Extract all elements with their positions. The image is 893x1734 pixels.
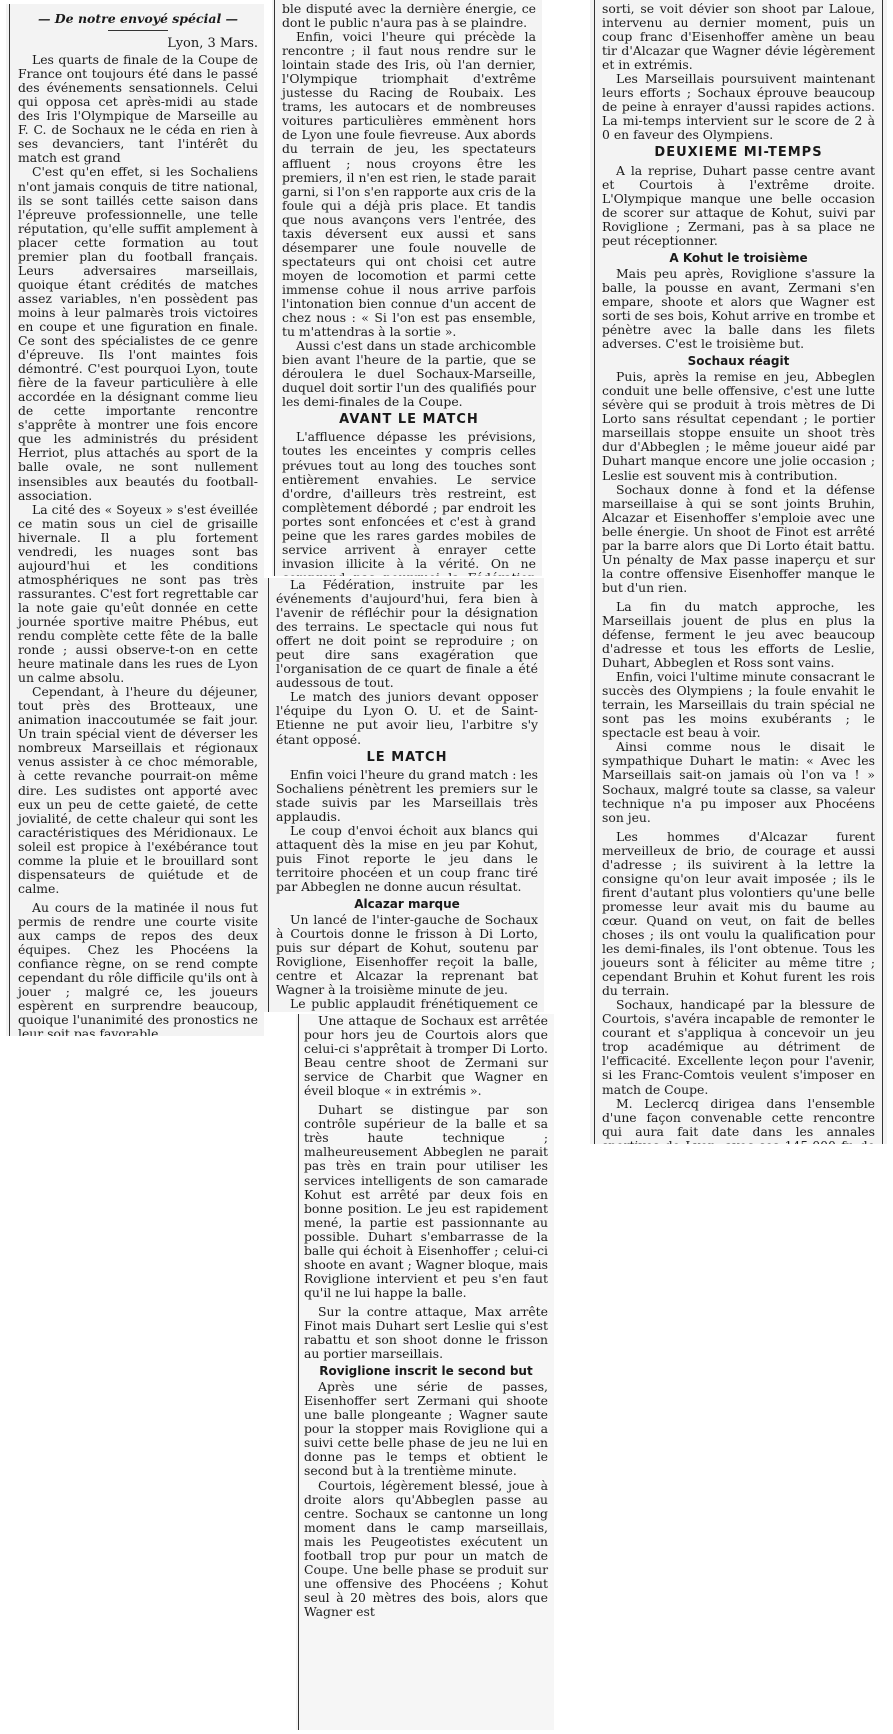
paragraph: Ainsi comme nous le disait le sympathiqu…: [602, 740, 875, 824]
paragraph: La Fédération, instruite par les événeme…: [276, 578, 538, 690]
paragraph: sorti, se voit dévier son shoot par Lalo…: [602, 2, 875, 72]
paragraph: Sur la contre attaque, Max arrête Finot …: [304, 1305, 548, 1361]
paragraph: L'affluence dépasse les prévisions, tout…: [282, 430, 536, 576]
paragraph: Enfin voici l'heure du grand match : les…: [276, 768, 538, 824]
paragraph: Enfin, voici l'ultime minute consacrant …: [602, 670, 875, 740]
byline-header: — De notre envoyé spécial —: [18, 12, 258, 26]
column-rule: [298, 1014, 299, 1730]
section-heading-deuxieme-mi-temps: DEUXIEME MI-TEMPS: [602, 146, 875, 160]
column-rule: [882, 0, 883, 1144]
paragraph: Duhart se distingue par son contrôle sup…: [304, 1103, 548, 1300]
paragraph: Les hommes d'Alcazar furent merveilleux …: [602, 830, 875, 999]
paragraph: La cité des « Soyeux » s'est éveillée ce…: [18, 503, 258, 686]
paragraph: Le match des juniors devant opposer l'éq…: [276, 690, 538, 746]
paragraph: Une attaque de Sochaux est arrêtée pour …: [304, 1014, 548, 1098]
paragraph: Les Marseillais poursuivent maintenant l…: [602, 72, 875, 142]
paragraph: Enfin, voici l'heure qui précède la renc…: [282, 30, 536, 339]
paragraph: Après une série de passes, Eisenhoffer s…: [304, 1380, 548, 1478]
paragraph: Sochaux donne à fond et la défense marse…: [602, 483, 875, 595]
paragraph: Les quarts de finale de la Coupe de Fran…: [18, 53, 258, 165]
paragraph: La fin du match approche, les Marseillai…: [602, 600, 875, 670]
column-rule: [274, 0, 275, 576]
paragraph: M. Leclercq dirigea dans l'ensemble d'un…: [602, 1097, 875, 1144]
clip-column-3: sorti, se voit dévier son shoot par Lalo…: [590, 0, 887, 1144]
paragraph: Le coup d'envoi échoit aux blancs qui at…: [276, 824, 538, 894]
clip-column-2-middle: La Fédération, instruite par les événeme…: [262, 578, 544, 1012]
paragraph: Sochaux, handicapé par la blessure de Co…: [602, 998, 875, 1096]
column-rule: [9, 4, 10, 1036]
article-column-2-middle: La Fédération, instruite par les événeme…: [276, 578, 538, 1012]
paragraph: Le public applaudit frénétiquement ce pr…: [276, 997, 538, 1012]
paragraph: Courtois, légèrement blessé, joue à droi…: [304, 1479, 548, 1619]
paragraph: Aussi c'est dans un stade archicomble bi…: [282, 339, 536, 409]
paragraph: Au cours de la matinée il nous fut permi…: [18, 901, 258, 1036]
article-column-2-bottom: Une attaque de Sochaux est arrêtée pour …: [304, 1014, 548, 1619]
paragraph: C'est qu'en effet, si les Sochaliens n'o…: [18, 165, 258, 502]
column-rule: [594, 0, 595, 1144]
dateline: Lyon, 3 Mars.: [18, 37, 258, 51]
section-subheading-kohut: A Kohut le troisième: [602, 251, 875, 265]
paragraph: Cependant, à l'heure du déjeuner, tout p…: [18, 685, 258, 896]
article-column-3: sorti, se voit dévier son shoot par Lalo…: [602, 2, 875, 1144]
paragraph: Puis, après la remise en jeu, Abbeglen c…: [602, 370, 875, 482]
paragraph: Mais peu après, Roviglione s'assure la b…: [602, 267, 875, 351]
section-subheading-alcazar-marque: Alcazar marque: [276, 897, 538, 911]
clip-column-1: — De notre envoyé spécial — Lyon, 3 Mars…: [6, 4, 264, 1036]
paragraph: ble disputé avec la dernière énergie, ce…: [282, 2, 536, 30]
article-column-1: — De notre envoyé spécial — Lyon, 3 Mars…: [18, 12, 258, 1036]
paragraph: A la reprise, Duhart passe centre avant …: [602, 164, 875, 248]
section-subheading-sochaux-reagit: Sochaux réagit: [602, 354, 875, 368]
paragraph: Un lancé de l'inter-gauche de Sochaux à …: [276, 913, 538, 997]
article-column-2-top: ble disputé avec la dernière énergie, ce…: [282, 2, 536, 576]
clip-column-2-bottom: Une attaque de Sochaux est arrêtée pour …: [296, 1014, 554, 1730]
column-rule: [268, 578, 269, 1012]
byline-underline: [108, 30, 168, 31]
section-subheading-roviglione: Roviglione inscrit le second but: [304, 1364, 548, 1378]
section-heading-avant-le-match: AVANT LE MATCH: [282, 413, 536, 427]
clip-column-2-top: ble disputé avec la dernière énergie, ce…: [272, 0, 542, 576]
section-heading-le-match: LE MATCH: [276, 751, 538, 765]
